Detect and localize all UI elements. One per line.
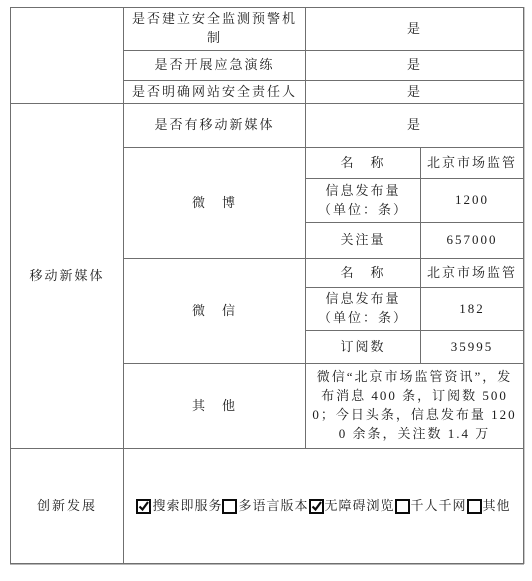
weibo-name-label: 名 称: [306, 148, 421, 179]
mobile-media-section-label: 移动新媒体: [11, 104, 124, 449]
checkbox-label: 多语言版本: [238, 497, 308, 516]
checkbox-option-other: 其他: [467, 497, 511, 516]
checkbox-checked-icon: [136, 499, 151, 514]
checkbox-label: 搜索即服务: [152, 497, 222, 516]
table-row: 创新发展 搜索即服务 多语言版本 无障碍浏览: [11, 449, 524, 564]
weibo-posts-value: 1200: [421, 179, 524, 223]
checkbox-unchecked-icon: [395, 499, 410, 514]
security-warning-question: 是否建立安全监测预警机制: [124, 8, 306, 51]
checkbox-label: 无障碍浏览: [325, 497, 395, 516]
security-officer-answer: 是: [306, 81, 524, 104]
checkbox-option-accessibility: 无障碍浏览: [309, 497, 395, 516]
table-row: 移动新媒体 是否有移动新媒体 是: [11, 104, 524, 148]
wechat-name-value: 北京市场监管: [421, 259, 524, 288]
other-media-label: 其 他: [124, 364, 306, 449]
security-warning-answer: 是: [306, 8, 524, 51]
checkbox-option-search-service: 搜索即服务: [136, 497, 222, 516]
empty-section-cell: [11, 8, 124, 104]
checkbox-option-personalized-web: 千人千网: [395, 497, 467, 516]
emergency-drill-answer: 是: [306, 51, 524, 81]
security-officer-question: 是否明确网站安全责任人: [124, 81, 306, 104]
checkbox-option-multilingual: 多语言版本: [222, 497, 308, 516]
table-row: 是否建立安全监测预警机制 是: [11, 8, 524, 51]
checkbox-unchecked-icon: [467, 499, 482, 514]
wechat-posts-value: 182: [421, 288, 524, 331]
checkbox-checked-icon: [309, 499, 324, 514]
weibo-name-value: 北京市场监管: [421, 148, 524, 179]
weibo-posts-label: 信息发布量（单位：条）: [306, 179, 421, 223]
wechat-subscribers-label: 订阅数: [306, 331, 421, 364]
checkbox-row: 搜索即服务 多语言版本 无障碍浏览 千人千网: [130, 497, 517, 516]
report-page: 是否建立安全监测预警机制 是 是否开展应急演练 是 是否明确网站安全责任人 是 …: [0, 0, 532, 581]
wechat-subscribers-value: 35995: [421, 331, 524, 364]
weibo-followers-label: 关注量: [306, 223, 421, 259]
emergency-drill-question: 是否开展应急演练: [124, 51, 306, 81]
weibo-followers-value: 657000: [421, 223, 524, 259]
has-mobile-media-question: 是否有移动新媒体: [124, 104, 306, 148]
weibo-label: 微 博: [124, 148, 306, 259]
other-media-detail: 微信“北京市场监管资讯”，发布消息 400 条，订阅数 5000；今日头条，信息…: [306, 364, 524, 449]
checkbox-label: 千人千网: [411, 497, 467, 516]
wechat-label: 微 信: [124, 259, 306, 364]
wechat-posts-label: 信息发布量（单位：条）: [306, 288, 421, 331]
checkbox-label: 其他: [483, 497, 511, 516]
annual-report-table: 是否建立安全监测预警机制 是 是否开展应急演练 是 是否明确网站安全责任人 是 …: [10, 7, 524, 564]
wechat-name-label: 名 称: [306, 259, 421, 288]
innovation-options-cell: 搜索即服务 多语言版本 无障碍浏览 千人千网: [124, 449, 524, 564]
innovation-section-label: 创新发展: [11, 449, 124, 564]
checkbox-unchecked-icon: [222, 499, 237, 514]
has-mobile-media-answer: 是: [306, 104, 524, 148]
